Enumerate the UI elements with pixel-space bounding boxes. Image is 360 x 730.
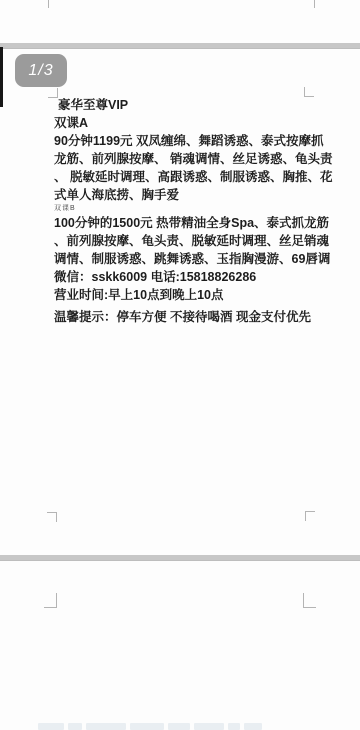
doc-line: 式单人海底捞、胸手爱 [54, 186, 316, 204]
crop-mark-next-page-left [44, 593, 57, 608]
cutoff-text-row [38, 722, 328, 730]
crop-mark-top-right-partial [305, 0, 315, 8]
cutoff-text-fragment [244, 723, 262, 730]
crop-mark-top-left-partial [48, 0, 58, 8]
doc-line: 调情、制服诱惑、跳舞诱惑、玉指胸漫游、69唇调 [54, 250, 316, 268]
doc-line: 、 脱敏延时调理、高跟诱惑、制服诱惑、胸推、花 [54, 168, 316, 186]
doc-line-small: 双课B [54, 204, 316, 214]
cutoff-text-fragment [86, 723, 126, 730]
document-text-block: 豪华至尊VIP 双课A 90分钟1199元 双凤缠绵、舞蹈诱惑、泰式按摩抓 龙筋… [54, 96, 316, 326]
cutoff-text-fragment [130, 723, 164, 730]
doc-line: 双课A [54, 114, 316, 132]
doc-line-title: 豪华至尊VIP [54, 96, 316, 114]
crop-mark-content-bottom-right [305, 511, 315, 521]
doc-line: 100分钟的1500元 热带精油全身Spa、泰式抓龙筋 [54, 214, 316, 232]
doc-line-notice: 温馨提示：停车方便 不接待喝酒 现金支付优先 [54, 308, 316, 326]
crop-mark-content-bottom-left [47, 512, 57, 522]
doc-line-wechat: 微信：sskk6009 电话:15818826286 [54, 268, 316, 286]
doc-line: 90分钟1199元 双凤缠绵、舞蹈诱惑、泰式按摩抓 [54, 132, 316, 150]
cutoff-text-fragment [228, 723, 240, 730]
cutoff-text-fragment [194, 723, 224, 730]
doc-line: 、前列腺按摩、龟头责、脱敏延时调理、丝足销魂 [54, 232, 316, 250]
image-viewer-screen: 1/3 豪华至尊VIP 双课A 90分钟1199元 双凤缠绵、舞蹈诱惑、泰式按摩… [0, 0, 360, 730]
document-page[interactable]: 豪华至尊VIP 双课A 90分钟1199元 双凤缠绵、舞蹈诱惑、泰式按摩抓 龙筋… [0, 48, 360, 555]
cutoff-text-fragment [38, 723, 64, 730]
doc-line: 龙筋、前列腺按摩、 销魂调情、丝足诱惑、龟头责 [54, 150, 316, 168]
cutoff-text-fragment [168, 723, 190, 730]
crop-mark-next-page-right [303, 593, 316, 608]
page-separator [0, 555, 360, 561]
doc-line-hours: 营业时间:早上10点到晚上10点 [54, 286, 316, 304]
cutoff-text-fragment [68, 723, 82, 730]
